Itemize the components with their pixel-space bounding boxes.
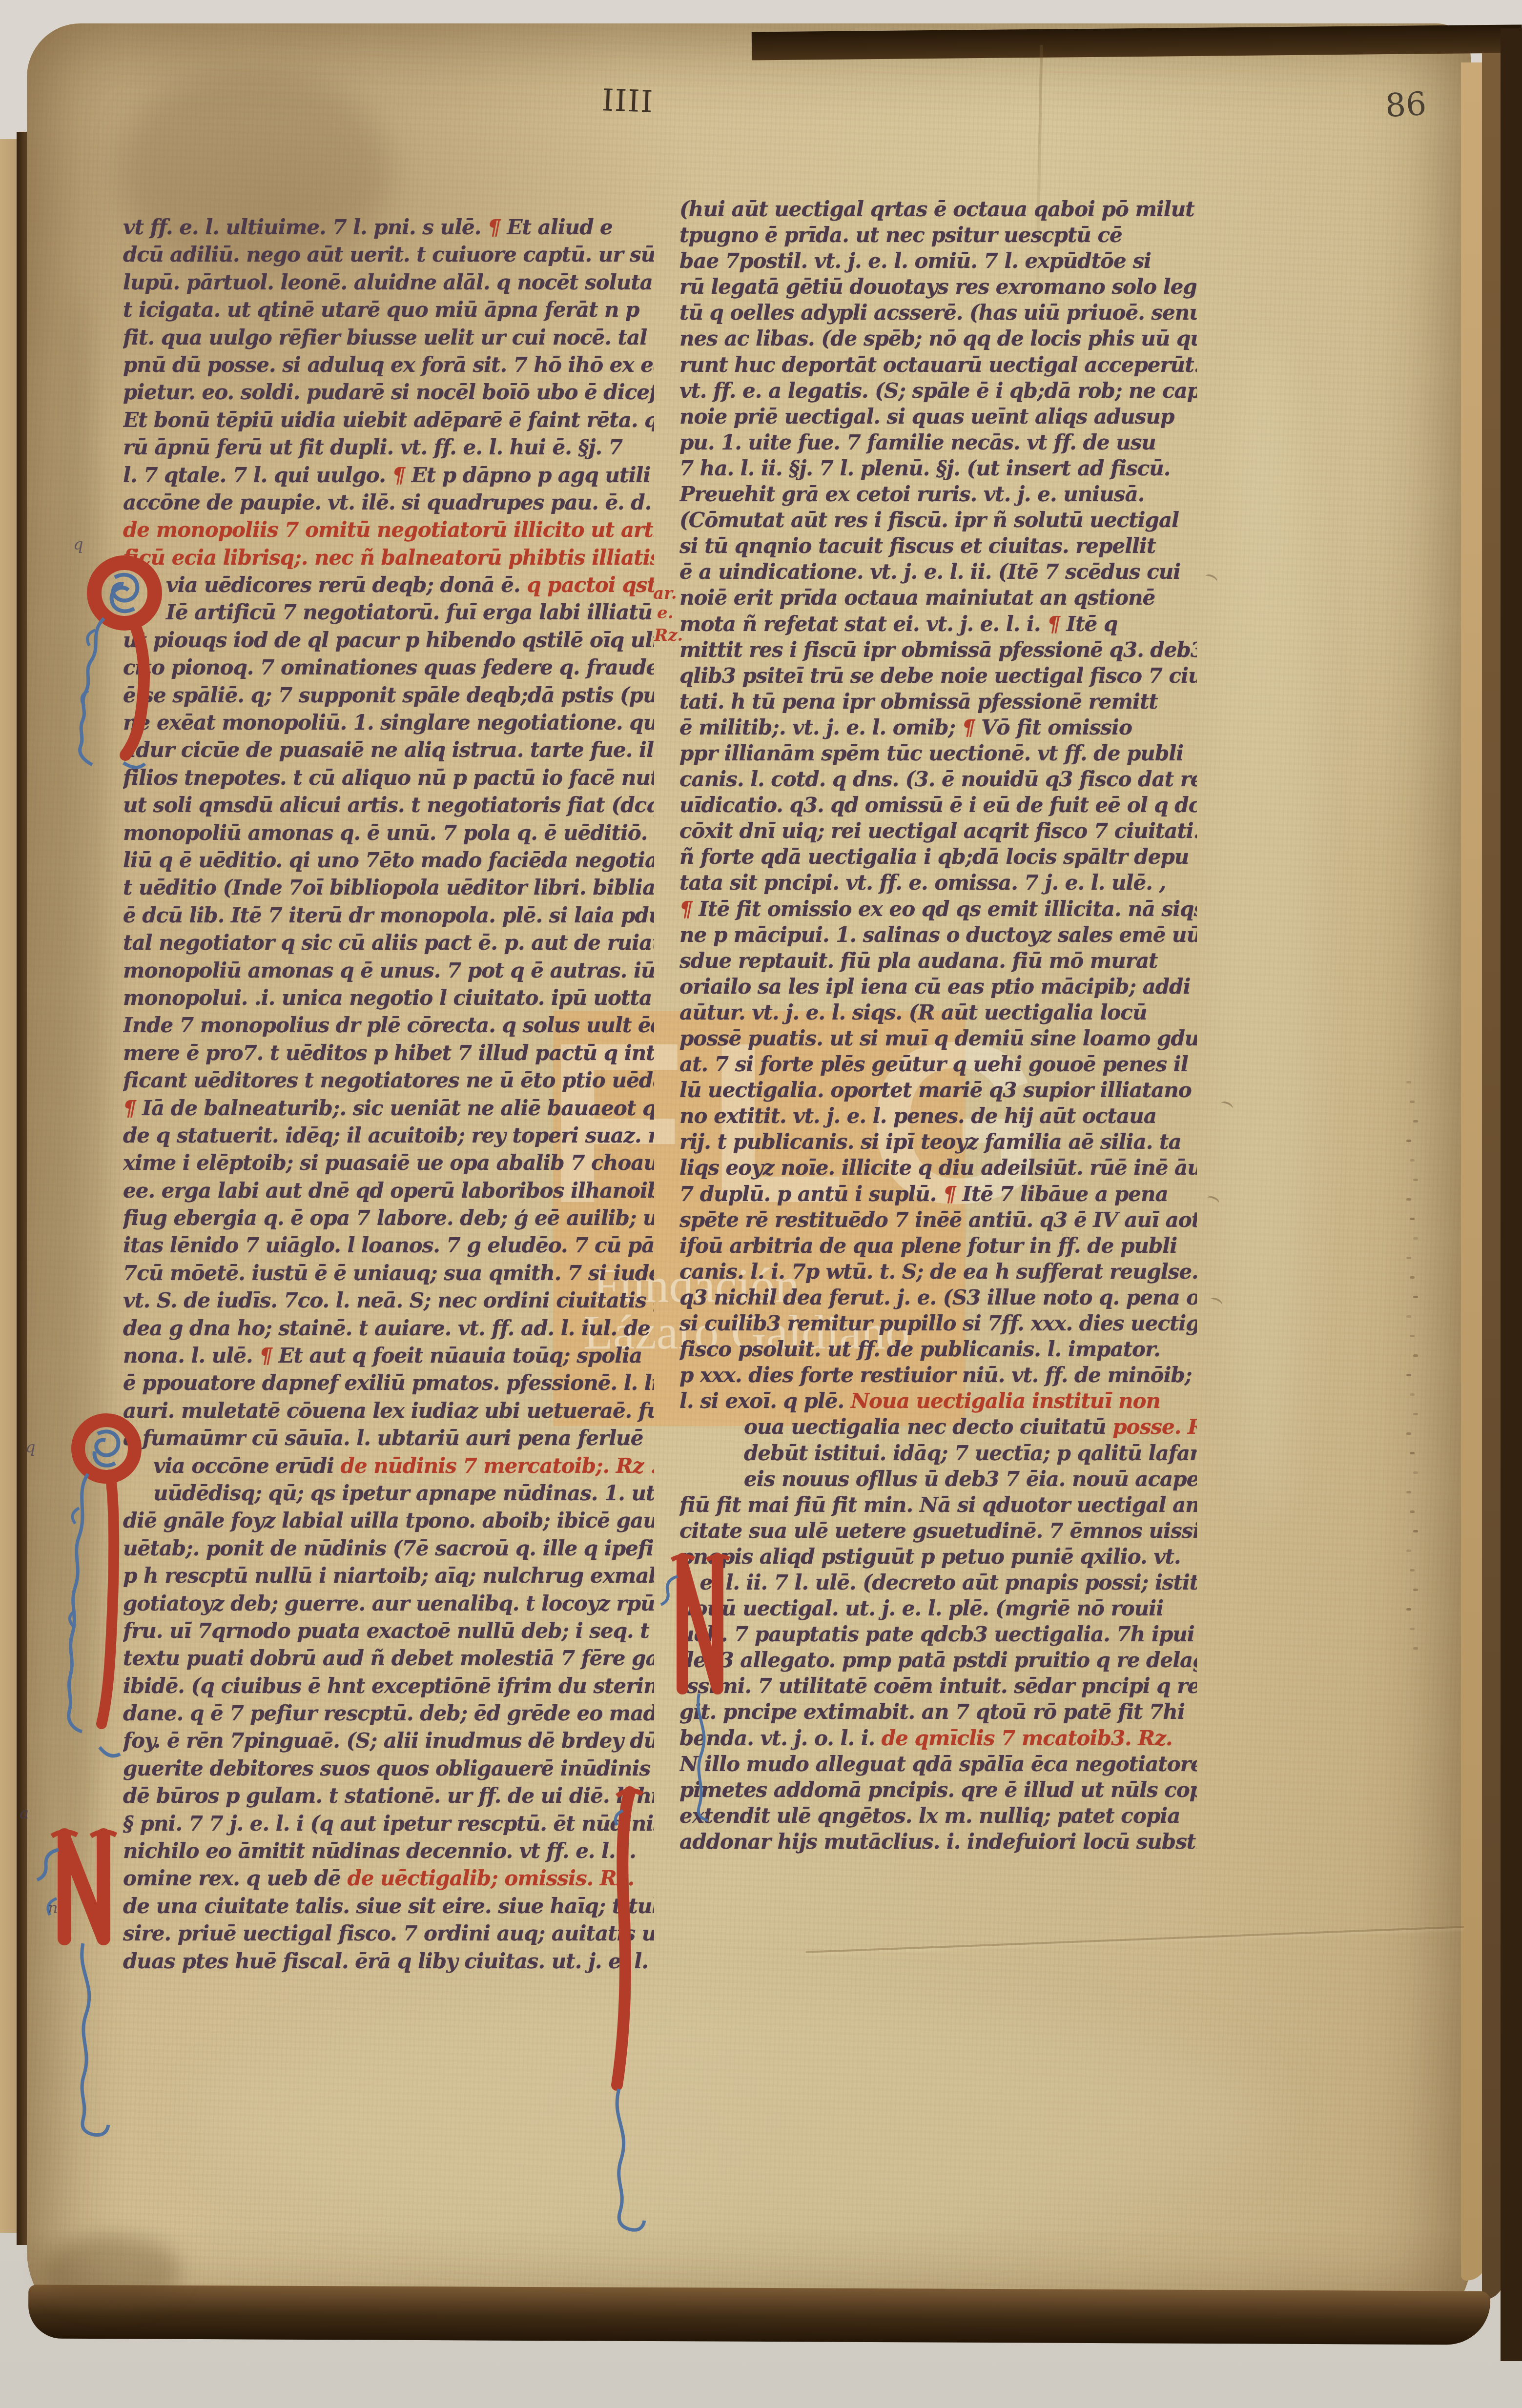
manuscript-line: de una ciuitate talis. siue sit eire. si…: [123, 1893, 654, 1920]
margin-note-red: ar.: [653, 584, 677, 603]
manuscript-line: dcū adiliū. nego aūt uerit. t cuiuore ca…: [123, 241, 654, 268]
manuscript-line: via occōne erūdi de nūdinis 7 mercatoib;…: [123, 1452, 654, 1480]
manuscript-line: pimetes addomā pncipis. qre ē illud ut n…: [679, 1777, 1197, 1803]
pricking-mark: [1410, 1569, 1415, 1571]
decorated-initial-n-nova-vectigalia-icon: [660, 1542, 743, 1825]
rubric-text: ¶: [488, 215, 507, 239]
margin-guide-letter: a: [20, 1804, 29, 1822]
pricking-mark: [1413, 1120, 1418, 1122]
manuscript-line: ee. erga labi aut dnē qd operū laboribos…: [123, 1177, 654, 1204]
manuscript-line: accōne de paupie. vt. ilē. si quadrupes …: [123, 489, 654, 516]
fore-edge-dark-band: [1501, 28, 1522, 2361]
folio-number: 86: [1384, 85, 1427, 124]
pricking-mark: [1410, 1218, 1415, 1220]
pricking-mark: [1413, 1179, 1418, 1181]
pricking-mark: [1406, 1257, 1411, 1259]
manuscript-line: ibidē. (q ciuibus ē hnt exceptiōnē ifrim…: [123, 1673, 654, 1700]
rubric-text: de monopoliis 7 omitū negotiatorū illici…: [123, 518, 654, 542]
manuscript-line: Inde 7 monopolius dr plē cōrecta. q solu…: [123, 1012, 654, 1039]
book-bottom-edge: [28, 2285, 1490, 2345]
decorated-initial-n-vectigalibus-icon: [34, 1816, 132, 2138]
manuscript-line: via uēdicores rerū deqb; donā ē. q pacto…: [123, 571, 654, 599]
pricking-mark: [1406, 1315, 1411, 1318]
manuscript-line: uīdicatio. q3. qd omissū ē i eū de fuit …: [679, 792, 1197, 818]
pricking-mark: [1413, 1413, 1418, 1415]
manuscript-line: monopolui. .i. unica negotio l ciuitato.…: [123, 984, 654, 1012]
manuscript-line: ¶ Iā de balneaturib;. sic ueniāt ne aliē…: [123, 1095, 654, 1122]
manuscript-line: pnū dū posse. si aduluq ex forā sit. 7 h…: [123, 351, 654, 379]
pricking-mark: [1410, 1335, 1415, 1337]
manuscript-line: p h rescptū nullū i niartoib; aīq; nulch…: [123, 1562, 654, 1590]
manuscript-line: eis nouus ofllus ū deb3 7 ēia. nouū acap…: [679, 1466, 1197, 1492]
pricking-mark: [1406, 1491, 1411, 1493]
manuscript-line: sire. priuē uectigal fisco. 7 ordini auq…: [123, 1920, 654, 1947]
manuscript-line: q3 nichil dea ferut. j. e. (S3 illue not…: [679, 1285, 1197, 1310]
pricking-mark: [1410, 1510, 1415, 1513]
manuscript-line: issimi. 7 utilitatē coēm intuit. sēdar p…: [679, 1673, 1197, 1699]
pricking-mark: [1406, 1550, 1411, 1552]
manuscript-line: vt. S. de iudīs. 7co. l. neā. S; nec ord…: [123, 1287, 654, 1314]
manuscript-line: sdue reptauit. fiū pla audana. fiū mō mu…: [679, 948, 1197, 974]
manuscript-line: spēte rē restituēdo 7 inēē antiū. q3 ē I…: [679, 1207, 1197, 1233]
rubric-text: de uēctigalib; omissis. Rz.: [347, 1866, 634, 1890]
pricking-mark: [1413, 1237, 1418, 1240]
manuscript-line: uūdēdisq; qū; qs ipetur apnape nūdinas. …: [123, 1480, 654, 1507]
decorated-initial-q-nundinis-icon: [58, 1406, 165, 1791]
margin-guide-letter: n: [48, 1898, 58, 1917]
manuscript-line: ut soli qmsdū alicui artis. t negotiator…: [123, 792, 654, 819]
decorated-initial-q-monopoliis-icon: [66, 544, 183, 817]
manuscript-line: ifoū arbitria de qua plene fotur in ff. …: [679, 1233, 1197, 1259]
rubric-text: ¶: [962, 715, 981, 739]
rubric-text: de qmīclis 7 mcatoib3. Rz.: [882, 1726, 1172, 1750]
pricking-mark: [1406, 1608, 1411, 1611]
manuscript-line: de monopoliis 7 omitū negotiatorū illici…: [123, 516, 654, 544]
manuscript-line: (hui aūt uectigal qrtas ē octaua qaboi p…: [679, 196, 1197, 222]
manuscript-line: canis. l. i. 7p wtū. t. S; de ea h suffe…: [679, 1259, 1197, 1285]
manuscript-line: mere ē pro7. t uēditos p hibet 7 illud p…: [123, 1040, 654, 1067]
manuscript-line: t uēditio (Inde 7oī bibliopola uēditor l…: [123, 874, 654, 901]
manuscript-line: tpugno ē prīda. ut nec psitur uescptū cē: [679, 222, 1197, 248]
rubric-text: ¶: [392, 463, 411, 487]
manuscript-line: ne exēat monopoliū. 1. singlare negotiat…: [123, 709, 654, 736]
manuscript-line: oua uectigalia nec decto ciuitatū posse.…: [679, 1414, 1197, 1440]
manuscript-line: ē dcū lib. Itē 7 iterū dr monopola. plē.…: [123, 902, 654, 929]
pricking-mark: [1410, 1276, 1415, 1279]
manuscript-line: ē se spāliē. q; 7 supponit spāle deqb;dā…: [123, 682, 654, 709]
manuscript-line: aūtur. vt. j. e. l. siqs. (R aūt uectiga…: [679, 1000, 1197, 1025]
manuscript-scan: { "page_meta": { "folio_number": "86", "…: [0, 0, 1522, 2408]
manuscript-line: (Cōmutat aūt res i fiscū. ipr ñ solutū u…: [679, 507, 1197, 533]
manuscript-line: de q statuerit. idēq; il acuitoib; rey t…: [123, 1122, 654, 1149]
rubric-text: q pactoi qstird gre: [527, 573, 654, 597]
manuscript-line: si cuilib3 remitur pupillo si 7ff. xxx. …: [679, 1310, 1197, 1336]
manuscript-line: cōxit dnī uiq; rei uectigal acqrit fisco…: [679, 818, 1197, 844]
manuscript-line: qlib3 psiteī trū se debe noie uectigal f…: [679, 663, 1197, 689]
manuscript-line: addonar hijs mutāclius. i. indefuiori lo…: [679, 1829, 1197, 1855]
manuscript-line: pietur. eo. soldi. pudarē si nocēl boīō …: [123, 379, 654, 406]
pricking-mark: [1406, 1081, 1411, 1083]
manuscript-line: mittit res i fiscū ipr obmissā pfessionē…: [679, 637, 1197, 663]
manuscript-line: fru. uī 7qrnodo puata exactoē nullū deb;…: [123, 1617, 654, 1645]
manuscript-line: j. e. l. ii. 7 l. ulē. (decreto aūt pnap…: [679, 1570, 1197, 1595]
manuscript-line: Iē artificū 7 negotiatorū. fuī erga labi…: [123, 599, 654, 626]
manuscript-line: ñ forte qdā uectigalia i qb;dā locis spā…: [679, 844, 1197, 870]
manuscript-line: gotiatoyz deb; guerre. aur uenalibq. t l…: [123, 1590, 654, 1617]
pricking-mark: [1406, 1374, 1411, 1376]
manuscript-line: ē a uindicatione. vt. j. e. l. ii. (Itē …: [679, 559, 1197, 585]
manuscript-line: filios tnepotes. t cū aliquo nū p pactū …: [123, 764, 654, 792]
manuscript-line: tū q oelles adypli acsserē. (has uiū pri…: [679, 300, 1197, 326]
manuscript-line: textu puati dobrū aud ñ debet molestiā 7…: [123, 1645, 654, 1672]
rubric-text: posse. Rz. ...: [1112, 1415, 1197, 1439]
manuscript-line: runt huc deportāt octauarū uectigal acce…: [679, 352, 1197, 378]
pricking-mark: [1410, 1393, 1415, 1396]
pricking-mark: [1413, 1530, 1418, 1532]
manuscript-line: uētab;. ponit de nūdinis (7ē sacroū q. i…: [123, 1535, 654, 1562]
manuscript-line: ¶ Itē fit omissio ex eo qd qs emit illic…: [679, 896, 1197, 922]
manuscript-line: liqs eoyz noīe. illicite q diu adeilsiūt…: [679, 1155, 1197, 1181]
manuscript-line: tal negotiator q sic cū aliis pact ē. p.…: [123, 929, 654, 957]
manuscript-line: citate sua ulē uetere gsuetudinē. 7 ēmno…: [679, 1518, 1197, 1544]
rubric-text: ¶: [943, 1182, 962, 1206]
manuscript-line: git. pncipe extimabit. an 7 qtoū rō patē…: [679, 1699, 1197, 1725]
margin-guide-letter: q: [73, 535, 83, 553]
text-column-right: (hui aūt uectigal qrtas ē octaua qaboi p…: [679, 196, 1197, 1865]
manuscript-line: ē militib;. vt. j. e. l. omib; ¶ Vō fit …: [679, 714, 1197, 740]
decorated-initial-i-icon: [601, 1776, 655, 2240]
manuscript-line: pu. 1. uite fue. 7 familie necās. vt ff.…: [679, 429, 1197, 455]
manuscript-line: Preuehit grā ex cetoi ruris. vt. j. e. u…: [679, 481, 1197, 507]
pricking-mark: [1413, 1471, 1418, 1474]
text-column-left: vt ff. e. l. ultiuime. 7 l. pni. s ulē. …: [123, 214, 654, 1990]
manuscript-line: canis. l. cotd. q dns. (3. ē nouidū q3 f…: [679, 766, 1197, 792]
pricking-mark: [1410, 1159, 1415, 1162]
manuscript-line: cito pionoq. 7 ominationes quas federe q…: [123, 654, 654, 681]
manuscript-line: debūt istitui. idāq; 7 uectīa; p qalitū …: [679, 1440, 1197, 1466]
pricking-mark: [1406, 1140, 1411, 1142]
manuscript-line: monopoliū amonas q ē unus. 7 pot q ē aut…: [123, 957, 654, 984]
manuscript-line: l. 7 qtale. 7 l. qui uulgo. ¶ Et p dāpno…: [123, 462, 654, 489]
manuscript-line: adur cicūe de puasaiē ne aliq istrua. ta…: [123, 736, 654, 764]
pricking-mark: [1410, 1101, 1415, 1103]
manuscript-line: lupū. pārtuol. leonē. aluidne alāl. q no…: [123, 269, 654, 296]
pricking-mark: [1413, 1354, 1418, 1357]
manuscript-line: ueh. 7 pauptatis pate qdcb3 uectigalia. …: [679, 1621, 1197, 1647]
manuscript-line: no extitit. vt. j. e. l. penes. de hij a…: [679, 1103, 1197, 1129]
manuscript-line: vt ff. e. l. ultiuime. 7 l. pni. s ulē. …: [123, 214, 654, 241]
manuscript-line: tata sit pncipi. vt. ff. e. omissa. 7 j.…: [679, 870, 1197, 896]
pricking-mark: [1410, 1452, 1415, 1454]
manuscript-line: diē gnāle foyz labial uilla tpono. aboib…: [123, 1507, 654, 1534]
pricking-mark: [1413, 1296, 1418, 1298]
manuscript-line: Et bonū tēpiū uidia uiebit adēparē ē fai…: [123, 407, 654, 434]
quire-mark: IIII: [601, 82, 654, 120]
manuscript-line: pnapis aliqd pstiguūt p petuo puniē qxil…: [679, 1544, 1197, 1570]
manuscript-line: si tū qnqnio tacuit fiscus et ciuitas. r…: [679, 533, 1197, 559]
manuscript-line: liū q ē uēditio. qi uno 7ēto mado faciēd…: [123, 847, 654, 874]
manuscript-line: fisco psoluit. ut ff. de publicanis. l. …: [679, 1336, 1197, 1362]
manuscript-line: ppr illianām spēm tūc uectionē. vt ff. d…: [679, 740, 1197, 766]
manuscript-line: rij. t publicanis. si ipī teoyz familia …: [679, 1129, 1197, 1155]
manuscript-line: omine rex. q ueb dē de uēctigalib; omiss…: [123, 1865, 654, 1892]
pricking-mark: [1406, 1198, 1411, 1201]
pricking-mark: [1406, 1432, 1411, 1435]
rubric-text: ¶: [259, 1344, 278, 1367]
manuscript-line: deb3 allegato. pmp patā pstdi pruitio q …: [679, 1647, 1197, 1673]
manuscript-line: t icigata. ut qtinē utarē quo miū āpna f…: [123, 296, 654, 324]
manuscript-line: auri. muletatē cōuena lex iudiaz ubi uet…: [123, 1397, 654, 1425]
manuscript-line: itas lēnido 7 uiāglo. l loanos. 7 g elud…: [123, 1232, 654, 1259]
manuscript-line: oriailo sa les ipl iena cū eas ptio māci…: [679, 974, 1197, 1000]
manuscript-line: ē ppouatore dapnef exiliū pmatos. pfessi…: [123, 1369, 654, 1397]
manuscript-line: tati. h tū pena ipr obmissā pfessionē re…: [679, 689, 1197, 714]
manuscript-line: nona. l. ulē. ¶ Et aut q foeit nūauia to…: [123, 1342, 654, 1369]
manuscript-line: ne p mācipui. 1. salinas o ductoyz sales…: [679, 922, 1197, 948]
manuscript-line: mota ñ refetat stat ei. vt. j. e. l. i. …: [679, 611, 1197, 637]
manuscript-line: possē puatis. ut si muī q demiū sine loa…: [679, 1025, 1197, 1051]
rubric-text: ¶: [123, 1096, 142, 1120]
manuscript-line: benda. vt. j. o. l. i. de qmīclis 7 mcat…: [679, 1725, 1197, 1751]
rubric-text: ¶: [679, 897, 699, 921]
pricking-mark: [1410, 1628, 1415, 1630]
manuscript-line: extendit ulē qngētos. lx m. nulliq; pate…: [679, 1803, 1197, 1829]
manuscript-line: monopoliū amonas q. ē unū. 7 pola q. ē u…: [123, 819, 654, 847]
manuscript-line: fiug ebergia q. ē opa 7 labore. deb; ģ e…: [123, 1204, 654, 1232]
manuscript-line: 7cū mōetē. iustū ē ē uniauq; sua qmith. …: [123, 1260, 654, 1287]
rubric-text: ficū ecia librisq;. nec ñ balneatorū phi…: [123, 546, 654, 570]
manuscript-line: p xxx. dies forte restiuior niū. vt. ff.…: [679, 1362, 1197, 1388]
manuscript-line: lū uectigalia. oportet mariē q3 supior i…: [679, 1077, 1197, 1103]
manuscript-line: ut piouqs iod de ql pacur p hibendo qsti…: [123, 627, 654, 654]
rubric-text: ¶: [1047, 612, 1066, 636]
manuscript-line: xime i elēptoib; si puasaiē ue opa abali…: [123, 1149, 654, 1177]
manuscript-line: ficant uēditores t negotiatores ne ū ēto…: [123, 1067, 654, 1094]
manuscript-line: nouū uectigal. ut. j. e. l. plē. (mgriē …: [679, 1595, 1197, 1621]
manuscript-line: fit. qua uulgo rēfier biusse uelit ur cu…: [123, 324, 654, 351]
manuscript-line: 7 ha. l. ii. §j. 7 l. plenū. §j. (ut ins…: [679, 455, 1197, 481]
manuscript-line: § pni. 7 7 j. e. l. i (q aut ipetur resc…: [123, 1810, 654, 1837]
margin-guide-letter: q: [25, 1438, 35, 1456]
manuscript-line: fiū fit mai fiū fit min. Nā si qduotor u…: [679, 1492, 1197, 1518]
margin-note-red: Rz.: [654, 626, 683, 645]
manuscript-line: nichilo eo āmitit nūdinas decennio. vt f…: [123, 1837, 654, 1865]
rubric-text: de nūdinis 7 mercatoib;. Rz ...: [341, 1454, 654, 1478]
manuscript-line: ficū ecia librisq;. nec ñ balneatorū phi…: [123, 544, 654, 571]
manuscript-line: l. si exoī. q plē. Noua uectigalia insti…: [679, 1388, 1197, 1414]
manuscript-line: vt. ff. e. a legatis. (S; spāle ē i qb;d…: [679, 378, 1197, 404]
manuscript-line: a fumaūmr cū sāuīa. l. ubtariū auri pena…: [123, 1425, 654, 1452]
manuscript-line: N illo mudo alleguat qdā spālīa ēca nego…: [679, 1751, 1197, 1777]
manuscript-line: dane. q ē 7 pefiur rescptū. deb; ēd grēd…: [123, 1700, 654, 1727]
manuscript-line: 7 duplū. p antū i suplū. ¶ Itē 7 libāue …: [679, 1181, 1197, 1207]
manuscript-line: at. 7 si forte plēs geūtur q uehi gouoē …: [679, 1051, 1197, 1077]
manuscript-line: dē būros p gulam. t stationē. ur ff. de …: [123, 1782, 654, 1810]
manuscript-line: foy. ē rēn 7pinguaē. (S; alii inudmus dē…: [123, 1727, 654, 1755]
manuscript-line: rū āpnū ferū ut fit dupli. vt. ff. e. l.…: [123, 434, 654, 461]
rubric-text: Noua uectigalia instituī non: [851, 1389, 1160, 1413]
manuscript-line: rū legatā gētiū douotays res exromano so…: [679, 274, 1197, 300]
manuscript-line: dea g dna ho; stainē. t auiare. vt. ff. …: [123, 1315, 654, 1342]
manuscript-line: noie priē uectigal. si quas ueīnt aliqs …: [679, 404, 1197, 429]
pricking-mark: [1413, 1589, 1418, 1591]
manuscript-line: guerite debitores suos quos obligauerē i…: [123, 1755, 654, 1782]
manuscript-line: duas ptes huē fiscal. ērā q liby ciuitas…: [123, 1948, 654, 1975]
manuscript-line: bae 7postil. vt. j. e. l. omiū. 7 l. exp…: [679, 248, 1197, 274]
margin-note-red: e.: [657, 603, 673, 623]
manuscript-line: noiē erit prīda octaua mainiutat an qsti…: [679, 585, 1197, 611]
manuscript-line: nes ac libas. (de spēb; nō qq de locis p…: [679, 326, 1197, 351]
pricking-mark: [1413, 1647, 1418, 1650]
